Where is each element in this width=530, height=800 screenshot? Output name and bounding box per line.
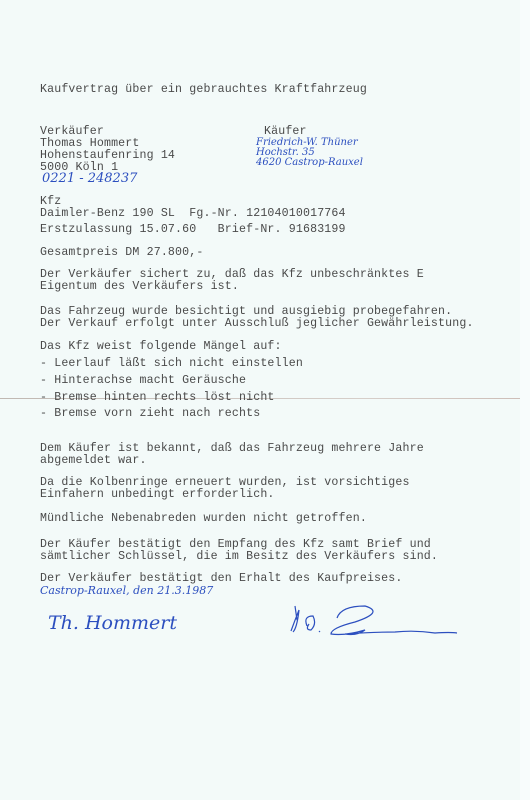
verbal-agreements: Mündliche Nebenabreden wurden nicht getr…	[40, 513, 367, 525]
seller-phone: 0221 - 248237	[42, 171, 137, 186]
paper-edge	[520, 0, 530, 800]
receipt-clause-2: sämtlicher Schlüssel, die im Besitz des …	[40, 551, 438, 563]
defects-intro: Das Kfz weist folgende Mängel auf:	[40, 341, 282, 353]
document-title: Kaufvertrag über ein gebrauchtes Kraftfa…	[40, 84, 367, 96]
buyer-signature	[285, 598, 465, 643]
defect-item: - Bremse vorn zieht nach rechts	[40, 408, 260, 420]
vehicle-registration: Erstzulassung 15.07.60 Brief-Nr. 9168319…	[40, 224, 346, 236]
vehicle-model: Daimler-Benz 190 SL Fg.-Nr. 121040100177…	[40, 208, 346, 220]
ownership-clause-2: Eigentum des Verkäufers ist.	[40, 281, 239, 293]
total-price: Gesamtpreis DM 27.800,-	[40, 247, 203, 259]
defect-item: - Bremse hinten rechts löst nicht	[40, 392, 275, 404]
seller-signature: Th. Hommert	[48, 612, 177, 634]
defect-item: - Hinterachse macht Geräusche	[40, 375, 246, 387]
deregistered-clause-2: abgemeldet war.	[40, 455, 147, 467]
piston-clause-2: Einfahern unbedingt erforderlich.	[40, 489, 275, 501]
inspection-clause-2: Der Verkauf erfolgt unter Ausschluß jegl…	[40, 318, 474, 330]
place-date: Castrop-Rauxel, den 21.3.1987	[40, 584, 213, 597]
defect-item: - Leerlauf läßt sich nicht einstellen	[40, 358, 303, 370]
buyer-city: 4620 Castrop-Rauxel	[256, 158, 363, 168]
